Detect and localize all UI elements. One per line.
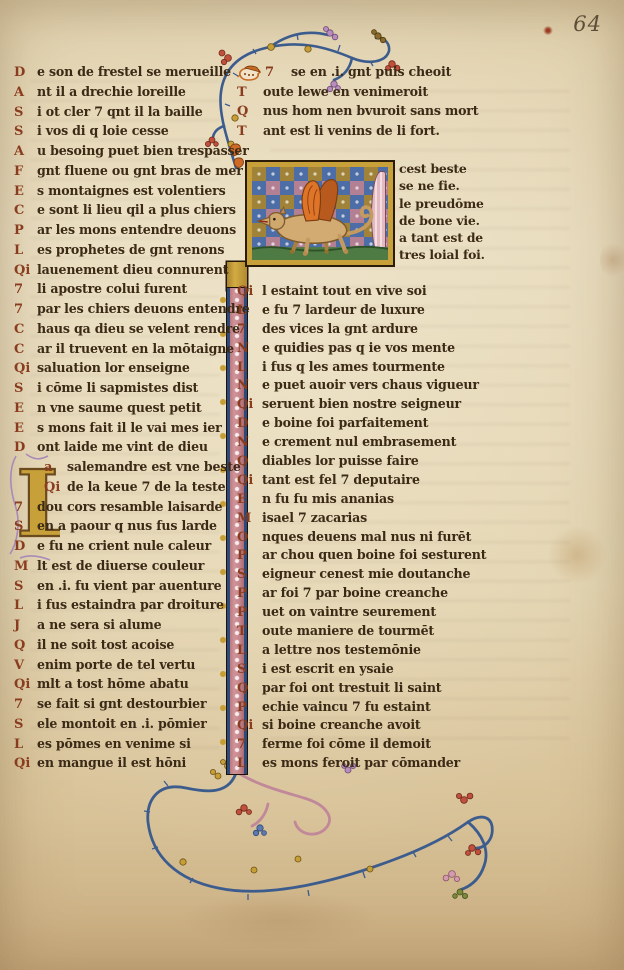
verse-text: eigneur cenest mie doutanche xyxy=(262,566,470,581)
verse-line: 7se fait si gnt destourbier xyxy=(14,696,232,716)
verse-line: Ja ne sera si alume xyxy=(14,617,232,637)
verse-line: de bone vie. xyxy=(399,213,529,230)
verse-text: nques deuens mal nus ni furēt xyxy=(262,529,471,544)
verse-line: Par chou quen boine foi sesturent xyxy=(237,547,617,566)
verse-line: Qien mangue il est hōni xyxy=(14,755,232,775)
rubric-initial: S xyxy=(14,717,37,732)
verse-line: Venim porte de tel vertu xyxy=(14,657,232,677)
verse-text: echie vaincu 7 fu estaint xyxy=(262,699,431,714)
verse-line: Car il truevent en la mōtaigne xyxy=(14,341,232,361)
verse-line: Qpar foi ont trestuit li saint xyxy=(237,680,617,699)
rubric-initial: P xyxy=(237,605,262,620)
rubric-initial: Qi xyxy=(14,756,37,771)
verse-line: Sen .i. fu vient par auenture xyxy=(14,578,232,598)
verse-line: Si vos di q loie cesse xyxy=(14,123,232,143)
rubric-initial: Q xyxy=(14,638,37,653)
rubric-initial: L xyxy=(237,643,262,658)
rubric-initial: T xyxy=(237,124,263,139)
verse-text: ar il truevent en la mōtaigne xyxy=(37,341,234,356)
verse-line: Toute maniere de tourmēt xyxy=(237,623,617,642)
verse-line: cest beste xyxy=(399,161,529,178)
verse-text: en mangue il est hōni xyxy=(37,755,186,770)
rubric-initial: L xyxy=(14,598,37,613)
verse-text: i ot cler 7 qnt il la baille xyxy=(37,104,203,119)
rubric-initial: P xyxy=(237,548,262,563)
verse-text: de bone vie. xyxy=(399,213,480,228)
verse-line: Les pōmes en venime si xyxy=(14,736,232,756)
rubric-initial: E xyxy=(14,421,37,436)
verse-text: se en .i. gnt puis cheoit xyxy=(291,64,451,79)
rubric-initial: P xyxy=(237,586,262,601)
verse-text: si boine creanche avoit xyxy=(262,717,421,732)
verse-text: il ne soit tost acoise xyxy=(37,637,174,652)
rubric-initial: 7 xyxy=(237,322,262,337)
rubric-initial: S xyxy=(14,105,37,120)
manuscript-page: 64 xyxy=(0,0,624,970)
verse-text: salemandre est vne beste xyxy=(67,459,241,474)
verse-line: Qide la keue 7 de la teste xyxy=(14,479,232,499)
rubric-initial: Qi xyxy=(237,473,262,488)
verse-text: es mons feroit par cōmander xyxy=(262,755,460,770)
ink-stain xyxy=(543,26,553,35)
verse-line: Dont laide me vint de dieu xyxy=(14,439,232,459)
verse-line: Ce sont li lieu qil a plus chiers xyxy=(14,202,232,222)
rubric-initial: a xyxy=(44,460,67,475)
verse-line: Qimlt a tost hōme abatu xyxy=(14,676,232,696)
verse-text: l estaint tout en vive soi xyxy=(262,283,426,298)
text-beside-miniature: cest bestese ne fie.le preudōmede bone v… xyxy=(399,161,529,265)
dragon-figure xyxy=(252,167,388,264)
rubric-initial: Qi xyxy=(237,718,262,733)
verse-line: De son de frestel se merueille xyxy=(14,64,232,84)
verse-line: Par foi 7 par boine creanche xyxy=(237,585,617,604)
verse-text: uet on vaintre seurement xyxy=(262,604,436,619)
verse-line: Si est escrit en ysaie xyxy=(237,661,617,680)
verse-line: Qnus hom nen bvuroit sans mort xyxy=(237,103,617,123)
verse-line: Ne quidies pas q ie vos mente xyxy=(237,340,617,359)
verse-line: Sen a paour q nus fus larde xyxy=(14,518,232,538)
verse-text: le preudōme xyxy=(399,196,484,211)
verse-text: i fus q les ames tourmente xyxy=(262,359,445,374)
verse-line: Qilauenement dieu connurent xyxy=(14,262,232,282)
verse-line: De fu ne crient nule caleur xyxy=(14,538,232,558)
rubric-initial: S xyxy=(14,519,37,534)
rubric-initial: Q xyxy=(237,104,263,119)
verse-text: saluation lor enseigne xyxy=(37,360,190,375)
rubric-initial: L xyxy=(14,243,37,258)
verse-line: Chaus qa dieu se velent rendre xyxy=(14,321,232,341)
rubric-initial: S xyxy=(237,662,262,677)
verse-line: Puet on vaintre seurement xyxy=(237,604,617,623)
rubric-initial: S xyxy=(14,381,37,396)
verse-text: ont laide me vint de dieu xyxy=(37,439,208,454)
verse-line: Ne crement nul embrasement xyxy=(237,434,617,453)
rubric-initial: C xyxy=(14,322,37,337)
rubric-initial: Qi xyxy=(237,284,262,299)
verse-text: e puet auoir vers chaus vigueur xyxy=(262,377,479,392)
verse-line: 7dou cors resamble laisarde xyxy=(14,499,232,519)
verse-text: u besoing puet bien trespasser xyxy=(37,143,249,158)
verse-text: a lettre nos testemōnie xyxy=(262,642,421,657)
rubric-initial: T xyxy=(237,85,263,100)
rubric-initial: E xyxy=(237,492,262,507)
verse-line: La lettre nos testemōnie xyxy=(237,642,617,661)
verse-text: s montaignes est volentiers xyxy=(37,183,225,198)
rubric-initial: F xyxy=(14,164,37,179)
rubric-initial: N xyxy=(237,435,262,450)
verse-text: par foi ont trestuit li saint xyxy=(262,680,441,695)
verse-text: ar foi 7 par boine creanche xyxy=(262,585,448,600)
verse-text: i fus estaindra par droiture xyxy=(37,597,224,612)
rubric-initial: T xyxy=(237,624,262,639)
rubric-initial: A xyxy=(14,144,37,159)
verse-text: tant est fel 7 deputaire xyxy=(262,472,420,487)
verse-text: ar les mons entendre deuons xyxy=(37,222,236,237)
verse-line: Fgnt fluene ou gnt bras de mer xyxy=(14,163,232,183)
verse-line: Qisi boine creanche avoit xyxy=(237,717,617,736)
verse-text: de la keue 7 de la teste xyxy=(67,479,225,494)
verse-line: 7li apostre colui furent xyxy=(14,281,232,301)
verse-line: Toute lewe en venimeroit xyxy=(237,84,617,104)
rubric-initial: Qi xyxy=(14,263,37,278)
rubric-initial: E xyxy=(14,184,37,199)
verse-text: oute maniere de tourmēt xyxy=(262,623,434,638)
rubric-initial: S xyxy=(237,567,262,582)
rubric-initial: P xyxy=(237,700,262,715)
salamander-miniature xyxy=(247,162,393,265)
rubric-initial: V xyxy=(14,658,37,673)
right-text-column-top: 7se en .i. gnt puis cheoitToute lewe en … xyxy=(237,64,617,143)
verse-line: Si cōme li sapmistes dist xyxy=(14,380,232,400)
verse-text: s mons fait il le vai mes ier xyxy=(37,420,222,435)
verse-text: lt est de diuerse couleur xyxy=(37,558,204,573)
rubric-initial: D xyxy=(14,440,37,455)
verse-text: e crement nul embrasement xyxy=(262,434,456,449)
rubric-initial: Qi xyxy=(44,480,67,495)
left-text-column: De son de frestel se merueilleAnt il a d… xyxy=(14,64,232,775)
verse-text: nus hom nen bvuroit sans mort xyxy=(263,103,478,118)
verse-line: se ne fie. xyxy=(399,178,529,195)
rubric-initial: S xyxy=(14,124,37,139)
rubric-initial: J xyxy=(14,618,37,633)
verse-text: e quidies pas q ie vos mente xyxy=(262,340,455,355)
verse-line: Es mons fait il le vai mes ier xyxy=(14,420,232,440)
vine-flourish-bottom xyxy=(108,752,528,967)
verse-text: a tant est de xyxy=(399,230,483,245)
verse-line: Pechie vaincu 7 fu estaint xyxy=(237,699,617,718)
rubric-initial: Qi xyxy=(14,361,37,376)
rubric-initial: L xyxy=(237,303,262,318)
verse-line: Qisaluation lor enseigne xyxy=(14,360,232,380)
verse-text: dou cors resamble laisarde xyxy=(37,499,222,514)
verse-text: ele montoit en .i. pōmier xyxy=(37,716,207,731)
verse-line: tres loial foi. xyxy=(399,247,529,264)
verse-line: 7ferme foi cōme il demoit xyxy=(237,736,617,755)
verse-line: a tant est de xyxy=(399,230,529,247)
verse-text: en .i. fu vient par auenture xyxy=(37,578,221,593)
rubric-initial: L xyxy=(237,756,262,771)
verse-text: tres loial foi. xyxy=(399,247,485,262)
parchment-stain xyxy=(600,240,624,280)
verse-line: Qil estaint tout en vive soi xyxy=(237,283,617,302)
rubric-initial: C xyxy=(14,203,37,218)
verse-line: 7par les chiers deuons entendre xyxy=(14,301,232,321)
verse-line: Li fus q les ames tourmente xyxy=(237,359,617,378)
verse-line: Le fu 7 lardeur de luxure xyxy=(237,302,617,321)
verse-line: De boine foi parfaitement xyxy=(237,415,617,434)
verse-text: nt il a drechie loreille xyxy=(37,84,186,99)
rubric-initial: E xyxy=(14,401,37,416)
verse-line: Misael 7 zacarias xyxy=(237,510,617,529)
verse-text: i cōme li sapmistes dist xyxy=(37,380,198,395)
verse-text: lauenement dieu connurent xyxy=(37,262,228,277)
rubric-initial: O xyxy=(237,530,262,545)
rubric-initial: D xyxy=(14,539,37,554)
rubric-initial: Q xyxy=(237,454,262,469)
verse-line: Qiseruent bien nostre seigneur xyxy=(237,396,617,415)
verse-line: Ne puet auoir vers chaus vigueur xyxy=(237,377,617,396)
rubric-initial: Qi xyxy=(14,677,37,692)
verse-text: seruent bien nostre seigneur xyxy=(262,396,461,411)
verse-line: En fu fu mis ananias xyxy=(237,491,617,510)
verse-text: par les chiers deuons entendre xyxy=(37,301,250,316)
verse-line: En vne saume quest petit xyxy=(14,400,232,420)
rubric-initial: A xyxy=(14,85,37,100)
verse-text: gnt fluene ou gnt bras de mer xyxy=(37,163,243,178)
verse-line: 7se en .i. gnt puis cheoit xyxy=(237,64,617,84)
verse-line: le preudōme xyxy=(399,196,529,213)
verse-line: Qdiables lor puisse faire xyxy=(237,453,617,472)
verse-text: n fu fu mis ananias xyxy=(262,491,394,506)
verse-text: e fu 7 lardeur de luxure xyxy=(262,302,425,317)
rubric-initial: Qi xyxy=(237,397,262,412)
verse-text: e fu ne crient nule caleur xyxy=(37,538,211,553)
rubric-initial: 7 xyxy=(14,302,37,317)
verse-text: e sont li lieu qil a plus chiers xyxy=(37,202,236,217)
verse-text: isael 7 zacarias xyxy=(262,510,367,525)
verse-text: a ne sera si alume xyxy=(37,617,161,632)
rubric-initial: 7 xyxy=(14,697,37,712)
verse-line: Au besoing puet bien trespasser xyxy=(14,143,232,163)
rubric-initial: 7 xyxy=(265,65,291,80)
rubric-initial: D xyxy=(14,65,37,80)
rubric-initial: P xyxy=(14,223,37,238)
verse-text: haus qa dieu se velent rendre xyxy=(37,321,240,336)
verse-text: es pōmes en venime si xyxy=(37,736,191,751)
verse-text: enim porte de tel vertu xyxy=(37,657,195,672)
verse-text: cest beste xyxy=(399,161,467,176)
rubric-initial: 7 xyxy=(237,737,262,752)
folio-number: 64 xyxy=(573,12,602,36)
grotesque-head-icon xyxy=(237,65,263,83)
rubric-initial: 7 xyxy=(14,500,37,515)
rubric-initial: N xyxy=(237,378,262,393)
verse-line: Qitant est fel 7 deputaire xyxy=(237,472,617,491)
verse-line: Sele montoit en .i. pōmier xyxy=(14,716,232,736)
verse-line: Tant est li venins de li fort. xyxy=(237,123,617,143)
verse-text: ar chou quen boine foi sesturent xyxy=(262,547,486,562)
verse-line: Si ot cler 7 qnt il la baille xyxy=(14,104,232,124)
verse-text: li apostre colui furent xyxy=(37,281,187,296)
verse-text: i vos di q loie cesse xyxy=(37,123,169,138)
verse-line: 7des vices la gnt ardure xyxy=(237,321,617,340)
verse-text: diables lor puisse faire xyxy=(262,453,419,468)
verse-line: Seigneur cenest mie doutanche xyxy=(237,566,617,585)
verse-text: ant est li venins de li fort. xyxy=(263,123,440,138)
verse-text: n vne saume quest petit xyxy=(37,400,201,415)
rubric-initial: 7 xyxy=(14,282,37,297)
verse-text: se fait si gnt destourbier xyxy=(37,696,206,711)
verse-line: Qil ne soit tost acoise xyxy=(14,637,232,657)
verse-text: i est escrit en ysaie xyxy=(262,661,394,676)
rubric-initial: L xyxy=(14,737,37,752)
rubric-initial: C xyxy=(14,342,37,357)
verse-text: se ne fie. xyxy=(399,178,460,193)
rubric-initial: M xyxy=(14,559,37,574)
verse-text: mlt a tost hōme abatu xyxy=(37,676,189,691)
verse-line: Mlt est de diuerse couleur xyxy=(14,558,232,578)
parchment-stain xyxy=(180,890,380,950)
verse-text: ferme foi cōme il demoit xyxy=(262,736,431,751)
rubric-initial: L xyxy=(237,360,262,375)
verse-text: des vices la gnt ardure xyxy=(262,321,418,336)
verse-text: oute lewe en venimeroit xyxy=(263,84,428,99)
rubric-initial: N xyxy=(237,341,262,356)
verse-text: e boine foi parfaitement xyxy=(262,415,428,430)
right-text-column: Qil estaint tout en vive soiLe fu 7 lard… xyxy=(237,283,617,774)
verse-line: Par les mons entendre deuons xyxy=(14,222,232,242)
verse-line: Ant il a drechie loreille xyxy=(14,84,232,104)
verse-line: Onques deuens mal nus ni furēt xyxy=(237,529,617,548)
verse-line: Li fus estaindra par droiture xyxy=(14,597,232,617)
verse-text: es prophetes de gnt renons xyxy=(37,242,224,257)
verse-line: asalemandre est vne beste xyxy=(14,459,232,479)
rubric-initial: D xyxy=(237,416,262,431)
rubric-initial: Q xyxy=(237,681,262,696)
rubric-initial: M xyxy=(237,511,262,526)
verse-line: Les prophetes de gnt renons xyxy=(14,242,232,262)
rubric-initial: S xyxy=(14,579,37,594)
verse-line: Es montaignes est volentiers xyxy=(14,183,232,203)
verse-text: e son de frestel se merueille xyxy=(37,64,231,79)
verse-line: Les mons feroit par cōmander xyxy=(237,755,617,774)
verse-text: en a paour q nus fus larde xyxy=(37,518,217,533)
